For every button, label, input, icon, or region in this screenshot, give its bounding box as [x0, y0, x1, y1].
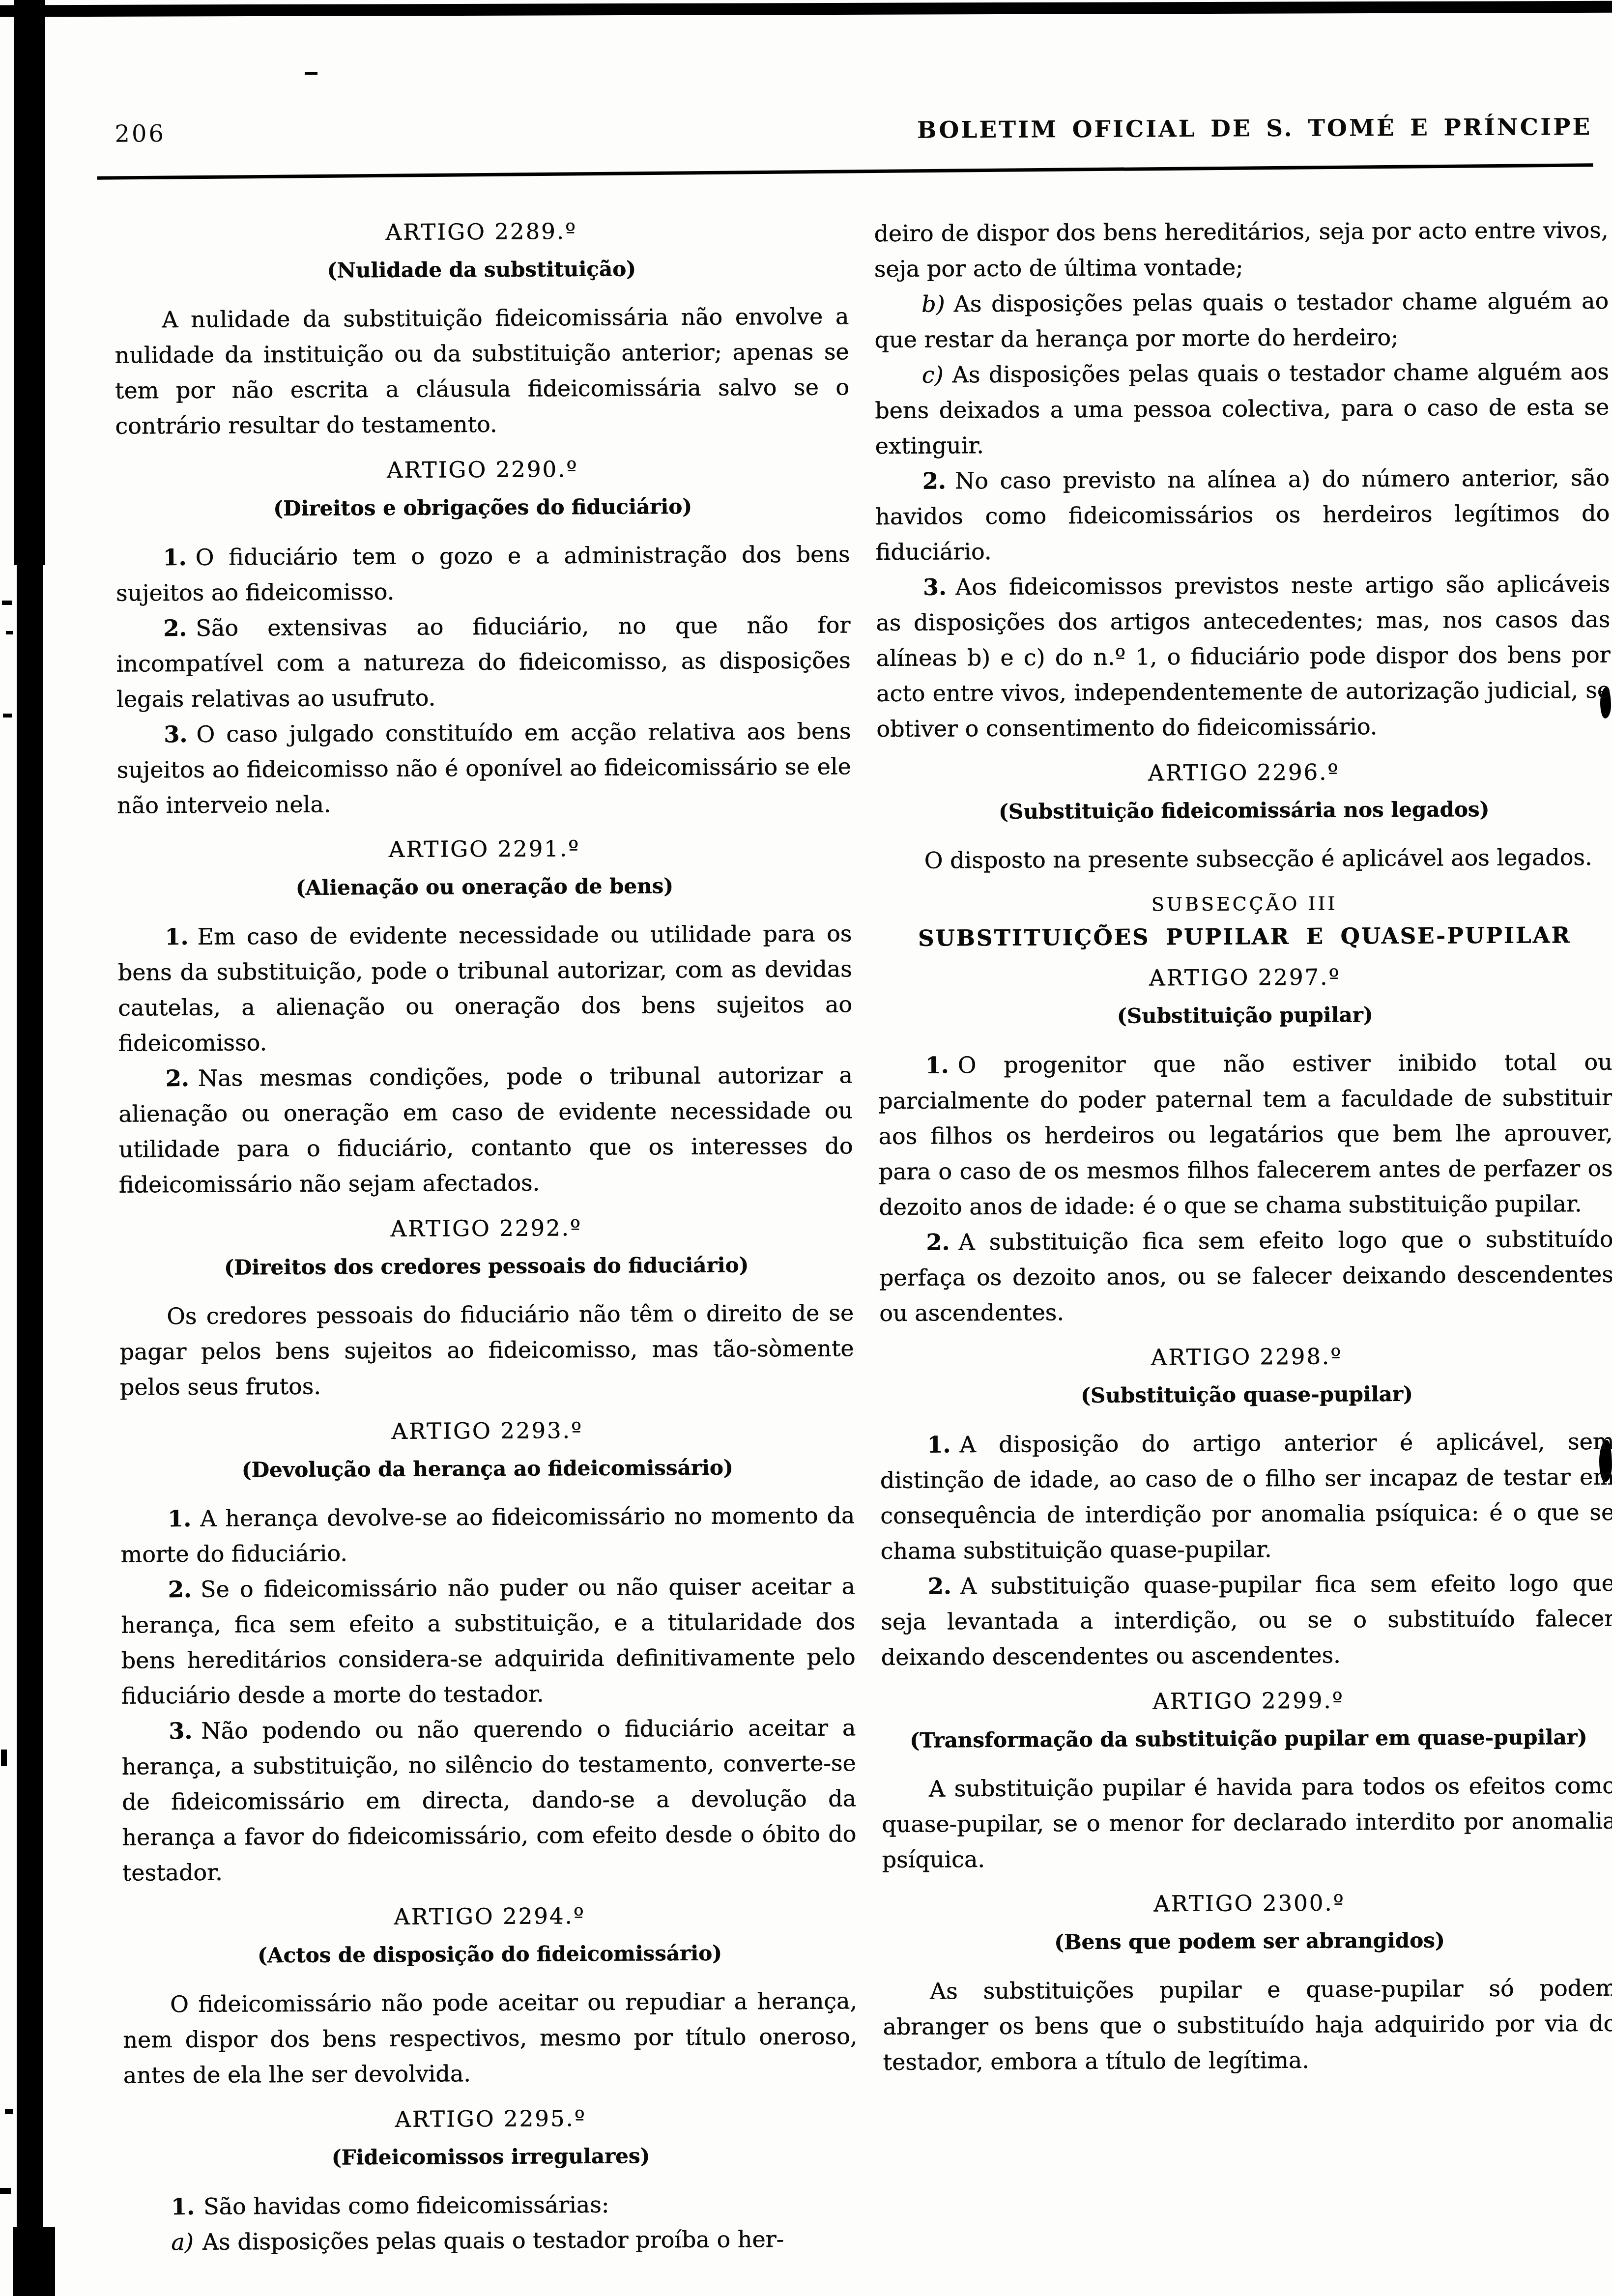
- paragraph-text: A disposição do artigo anterior é aplicá…: [880, 1428, 1612, 1564]
- artigo-2290-subtitle: (Direitos e obrigações do fiduciário): [115, 493, 850, 521]
- paragraph-text: A nulidade da substituição fideicomissár…: [115, 303, 849, 439]
- paragraph: 1.A herança devolve-se ao fideicomissári…: [120, 1497, 855, 1572]
- paragraph-text: Aos fideicomissos previstos neste artigo…: [876, 571, 1611, 742]
- paragraph-text: Se o fideicomissário não puder ou não qu…: [121, 1573, 856, 1709]
- artigo-2293-subtitle: (Devolução da herança ao fideicomissário…: [120, 1455, 854, 1482]
- paragraph-text: No caso previsto na alínea a) do número …: [875, 464, 1610, 565]
- paragraph-marker: 1.: [168, 1505, 191, 1532]
- paragraph: As substituições pupilar e quase-pupilar…: [883, 1970, 1612, 2080]
- page-number: 206: [115, 120, 166, 148]
- paragraph: 2.No caso previsto na alínea a) do númer…: [875, 460, 1610, 570]
- paragraph: 3.Não podendo ou não querendo o fiduciár…: [121, 1710, 857, 1890]
- artigo-2297-subtitle: (Substituição pupilar): [878, 1002, 1612, 1029]
- artigo-2298-subtitle: (Substituição quase-pupilar): [880, 1381, 1612, 1408]
- header-rule: [97, 163, 1593, 180]
- artigo-2298-heading: ARTIGO 2298.º: [879, 1342, 1612, 1372]
- paragraph-text: O disposto na presente subsecção é aplic…: [924, 844, 1592, 874]
- subsection-label: SUBSECÇÃO III: [877, 891, 1612, 917]
- paragraph: a)As disposições pelas quais o testador …: [124, 2221, 858, 2260]
- artigo-2296-heading: ARTIGO 2296.º: [877, 758, 1611, 787]
- artigo-2294-heading: ARTIGO 2294.º: [122, 1901, 857, 1931]
- paragraph: c)As disposições pelas quais o testador …: [875, 354, 1610, 463]
- paragraph-text: São extensivas ao fiduciário, no que não…: [116, 611, 850, 712]
- artigo-2291-heading: ARTIGO 2291.º: [117, 834, 851, 863]
- paragraph-marker: 1.: [925, 1052, 949, 1078]
- paragraph-text: Em caso de evidente necessidade ou utili…: [118, 920, 853, 1056]
- artigo-2289-heading: ARTIGO 2289.º: [114, 217, 848, 246]
- paragraph-marker: 2.: [926, 1229, 950, 1255]
- paragraph-marker: 1.: [171, 2193, 195, 2220]
- artigo-2289-subtitle: (Nulidade da substituição): [115, 256, 849, 283]
- paragraph-text: O progenitor que não estiver inibido tot…: [878, 1049, 1612, 1220]
- paragraph: 2.A substituição fica sem efeito logo qu…: [879, 1221, 1612, 1331]
- paragraph-continuation: deiro de dispor dos bens hereditários, s…: [874, 212, 1609, 287]
- artigo-2295-heading: ARTIGO 2295.º: [123, 2104, 858, 2133]
- paragraph: 3.Aos fideicomissos previstos neste arti…: [876, 566, 1611, 746]
- paragraph: b)As disposições pelas quais o testador …: [874, 283, 1609, 357]
- gazette-title: BOLETIM OFICIAL DE S. TOMÉ E PRÍNCIPE: [917, 114, 1592, 144]
- paragraph-marker: 2.: [168, 1576, 192, 1603]
- ink-speck: [1, 1750, 7, 1766]
- paragraph: 1.A disposição do artigo anterior é apli…: [880, 1424, 1612, 1569]
- paragraph-marker: 2.: [166, 1065, 189, 1091]
- paragraph-text: As disposições pelas quais o testador pr…: [202, 2226, 784, 2255]
- paragraph: 3.O caso julgado constituído em acção re…: [116, 713, 851, 823]
- paragraph-text: Nas mesmas condições, pode o tribunal au…: [118, 1062, 853, 1198]
- paragraph-text: deiro de dispor dos bens hereditários, s…: [874, 217, 1608, 282]
- paragraph-marker: 1.: [927, 1431, 950, 1458]
- paragraph: O disposto na presente subsecção é aplic…: [877, 839, 1611, 878]
- paragraph-text: O caso julgado constituído em acção rela…: [117, 717, 851, 818]
- paragraph-marker: 2.: [928, 1573, 951, 1599]
- paragraph: A substituição pupilar é havida para tod…: [882, 1768, 1612, 1877]
- paragraph-text: O fiduciário tem o gozo e a administraçã…: [116, 541, 850, 606]
- paragraph: 1.O fiduciário tem o gozo e a administra…: [115, 536, 850, 610]
- paragraph-text: Os credores pessoais do fiduciário não t…: [119, 1299, 854, 1400]
- paragraph-text: A substituição pupilar é havida para tod…: [882, 1772, 1612, 1873]
- paragraph-text: As substituições pupilar e quase-pupilar…: [883, 1975, 1612, 2075]
- artigo-2300-heading: ARTIGO 2300.º: [882, 1889, 1612, 1918]
- paragraph: O fideicomissário não pode aceitar ou re…: [123, 1983, 858, 2093]
- artigo-2300-subtitle: (Bens que podem ser abrangidos): [882, 1927, 1612, 1955]
- artigo-2299-subtitle: (Transformação da substituição pupilar e…: [881, 1725, 1612, 1752]
- paragraph-marker: 1.: [165, 923, 188, 950]
- paragraph: Os credores pessoais do fiduciário não t…: [119, 1295, 854, 1405]
- scanned-gazette-page: 206 BOLETIM OFICIAL DE S. TOMÉ E PRÍNCIP…: [0, 0, 1612, 2296]
- paragraph-marker: 3.: [164, 721, 187, 747]
- paragraph-marker: b): [921, 290, 945, 317]
- artigo-2296-subtitle: (Substituição fideicomissária nos legado…: [877, 797, 1611, 824]
- paragraph-marker: 3.: [923, 574, 947, 600]
- section-title: SUBSTITUIÇÕES PUPILAR E QUASE-PUPILAR: [877, 922, 1612, 951]
- paragraph-text: As disposições pelas quais o testador ch…: [875, 358, 1609, 459]
- artigo-2292-heading: ARTIGO 2292.º: [119, 1213, 853, 1243]
- paragraph: 2.Se o fideicomissário não puder ou não …: [121, 1568, 856, 1713]
- paragraph-text: A substituição fica sem efeito logo que …: [879, 1226, 1612, 1326]
- paragraph-text: A substituição quase-pupilar fica sem ef…: [881, 1570, 1612, 1670]
- paragraph-text: A herança devolve-se ao fideicomissário …: [120, 1502, 855, 1567]
- artigo-2292-subtitle: (Direitos dos credores pessoais do fiduc…: [119, 1252, 853, 1280]
- paragraph-text: O fideicomissário não pode aceitar ou re…: [123, 1987, 857, 2088]
- paragraph: 2.Nas mesmas condições, pode o tribunal …: [118, 1057, 853, 1202]
- paragraph-marker: c): [922, 361, 944, 388]
- paragraph-marker: a): [171, 2229, 194, 2255]
- artigo-2299-heading: ARTIGO 2299.º: [881, 1686, 1612, 1716]
- paragraph-marker: 2.: [163, 615, 187, 641]
- paragraph-text: As disposições pelas quais o testador ch…: [874, 287, 1609, 353]
- left-column: ARTIGO 2289.º (Nulidade da substituição)…: [114, 216, 858, 2260]
- paragraph-text: São havidas como fideicomissárias:: [203, 2191, 609, 2220]
- right-column: deiro de dispor dos bens hereditários, s…: [874, 212, 1612, 2256]
- two-column-text: ARTIGO 2289.º (Nulidade da substituição)…: [114, 212, 1612, 2260]
- paragraph: 1.São havidas como fideicomissárias:: [124, 2185, 858, 2224]
- paragraph-marker: 1.: [163, 544, 186, 571]
- ink-speck: [0, 2188, 11, 2194]
- paragraph: A nulidade da substituição fideicomissár…: [115, 298, 849, 443]
- artigo-2297-heading: ARTIGO 2297.º: [878, 963, 1612, 992]
- page-header: 206 BOLETIM OFICIAL DE S. TOMÉ E PRÍNCIP…: [115, 113, 1592, 148]
- artigo-2295-subtitle: (Fideicomissos irregulares): [123, 2143, 858, 2170]
- artigo-2290-heading: ARTIGO 2290.º: [115, 455, 850, 484]
- paragraph: 1.O progenitor que não estiver inibido t…: [878, 1044, 1612, 1225]
- artigo-2291-subtitle: (Alienação ou oneração de bens): [117, 873, 852, 900]
- page-content: 206 BOLETIM OFICIAL DE S. TOMÉ E PRÍNCIP…: [0, 0, 1612, 2296]
- artigo-2294-subtitle: (Actos de disposição do fideicomissário): [122, 1940, 857, 1968]
- artigo-2293-heading: ARTIGO 2293.º: [120, 1416, 854, 1445]
- paragraph: 2.A substituição quase-pupilar fica sem …: [881, 1565, 1612, 1675]
- paragraph-marker: 3.: [169, 1718, 192, 1744]
- paragraph-text: Não podendo ou não querendo o fiduciário…: [121, 1714, 856, 1886]
- paragraph-marker: 2.: [922, 467, 946, 494]
- paragraph: 2.São extensivas ao fiduciário, no que n…: [116, 607, 851, 717]
- paragraph: 1.Em caso de evidente necessidade ou uti…: [117, 916, 852, 1061]
